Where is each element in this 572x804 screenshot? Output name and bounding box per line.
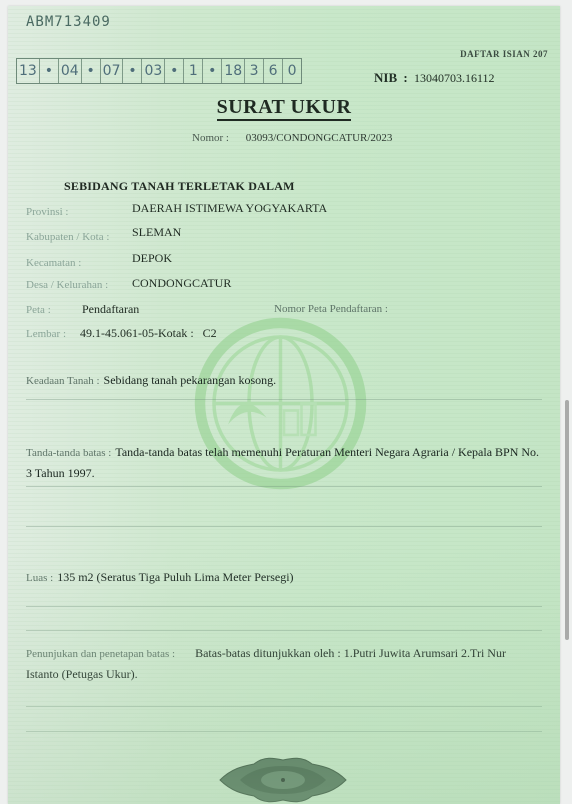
tanda-value-line1: Tanda-tanda batas telah memenuhi Peratur… (115, 445, 539, 459)
parcel-code-cell: 18 (222, 59, 245, 83)
document-page: ABM713409 13 • 04 • 07 • 03 • 1 • 18 3 6… (8, 6, 560, 804)
kabupaten-value: SLEMAN (132, 225, 181, 240)
nomor-line: Nomor : 03093/CONDONGCATUR/2023 (192, 132, 392, 144)
luas-label: Luas : (26, 572, 53, 584)
kecamatan-value: DEPOK (132, 251, 172, 266)
kotak-label: Kotak : (158, 326, 194, 340)
provinsi-label: Provinsi : (26, 206, 68, 218)
peta-label: Peta : (26, 304, 51, 316)
parcel-code-cell: • (82, 59, 101, 83)
section-heading: SEBIDANG TANAH TERLETAK DALAM (64, 179, 295, 194)
penunjukan-value-line2: Istanto (Petugas Ukur). (26, 667, 138, 682)
keadaan-value: Sebidang tanah pekarangan kosong. (104, 373, 277, 387)
tanda-label: Tanda-tanda batas : (26, 447, 111, 459)
nib-value: 13040703.16112 (414, 71, 495, 85)
nib-line: NIB : 13040703.16112 (374, 70, 495, 86)
parcel-code-cell: • (40, 59, 59, 83)
parcel-code-cell: • (165, 59, 184, 83)
parcel-code-cell: • (203, 59, 222, 83)
page-title: SURAT UKUR (8, 96, 560, 119)
divider (26, 606, 542, 607)
tanda-value-line2: 3 Tahun 1997. (26, 466, 95, 481)
desa-value: CONDONGCATUR (132, 276, 231, 291)
divider (26, 526, 542, 527)
luas-line: Luas : 135 m2 (Seratus Tiga Puluh Lima M… (26, 568, 294, 586)
keadaan-line: Keadaan Tanah : Sebidang tanah pekaranga… (26, 371, 276, 389)
kecamatan-label: Kecamatan : (26, 257, 81, 269)
form-code: DAFTAR ISIAN 207 (460, 49, 548, 59)
divider (26, 399, 542, 400)
tanda-line-1: Tanda-tanda batas : Tanda-tanda batas te… (26, 443, 539, 461)
lembar-label: Lembar : (26, 328, 66, 340)
title-text: SURAT UKUR (217, 96, 352, 121)
lembar-value: 49.1-45.061-05- (80, 326, 158, 340)
desa-label: Desa / Kelurahan : (26, 279, 108, 291)
nomor-peta-label: Nomor Peta Pendaftaran : (274, 303, 388, 315)
nomor-value: 03093/CONDONGCATUR/2023 (246, 132, 393, 144)
guilloche-rosette-icon (218, 756, 348, 804)
parcel-code-cell: 0 (283, 59, 301, 83)
parcel-code-cell: 13 (17, 59, 40, 83)
divider (26, 731, 542, 732)
divider (26, 630, 542, 631)
divider (26, 486, 542, 487)
parcel-code-cell: 1 (184, 59, 203, 83)
parcel-code-cell: • (123, 59, 142, 83)
penunjukan-value-line1: Batas-batas ditunjukkan oleh : 1.Putri J… (195, 646, 506, 660)
parcel-code-cell: 3 (245, 59, 264, 83)
penunjukan-label: Penunjukan dan penetapan batas : (26, 648, 175, 660)
bpn-emblem-watermark-icon (193, 316, 368, 491)
keadaan-label: Keadaan Tanah : (26, 375, 100, 387)
divider (26, 706, 542, 707)
parcel-code-box: 13 • 04 • 07 • 03 • 1 • 18 3 6 0 (16, 58, 302, 84)
provinsi-value: DAERAH ISTIMEWA YOGYAKARTA (132, 201, 327, 216)
parcel-code-cell: 04 (59, 59, 82, 83)
nomor-label: Nomor : (192, 132, 229, 144)
peta-value: Pendaftaran (82, 302, 139, 317)
nib-label: NIB (374, 70, 397, 85)
kabupaten-label: Kabupaten / Kota : (26, 231, 109, 243)
luas-value: 135 m2 (Seratus Tiga Puluh Lima Meter Pe… (57, 570, 293, 584)
parcel-code-cell: 03 (142, 59, 165, 83)
parcel-code-cell: 6 (264, 59, 283, 83)
parcel-code-cell: 07 (101, 59, 124, 83)
penunjukan-line-1: Penunjukan dan penetapan batas : Batas-b… (26, 644, 506, 662)
scrollbar[interactable] (565, 400, 569, 640)
serial-number: ABM713409 (26, 14, 111, 30)
